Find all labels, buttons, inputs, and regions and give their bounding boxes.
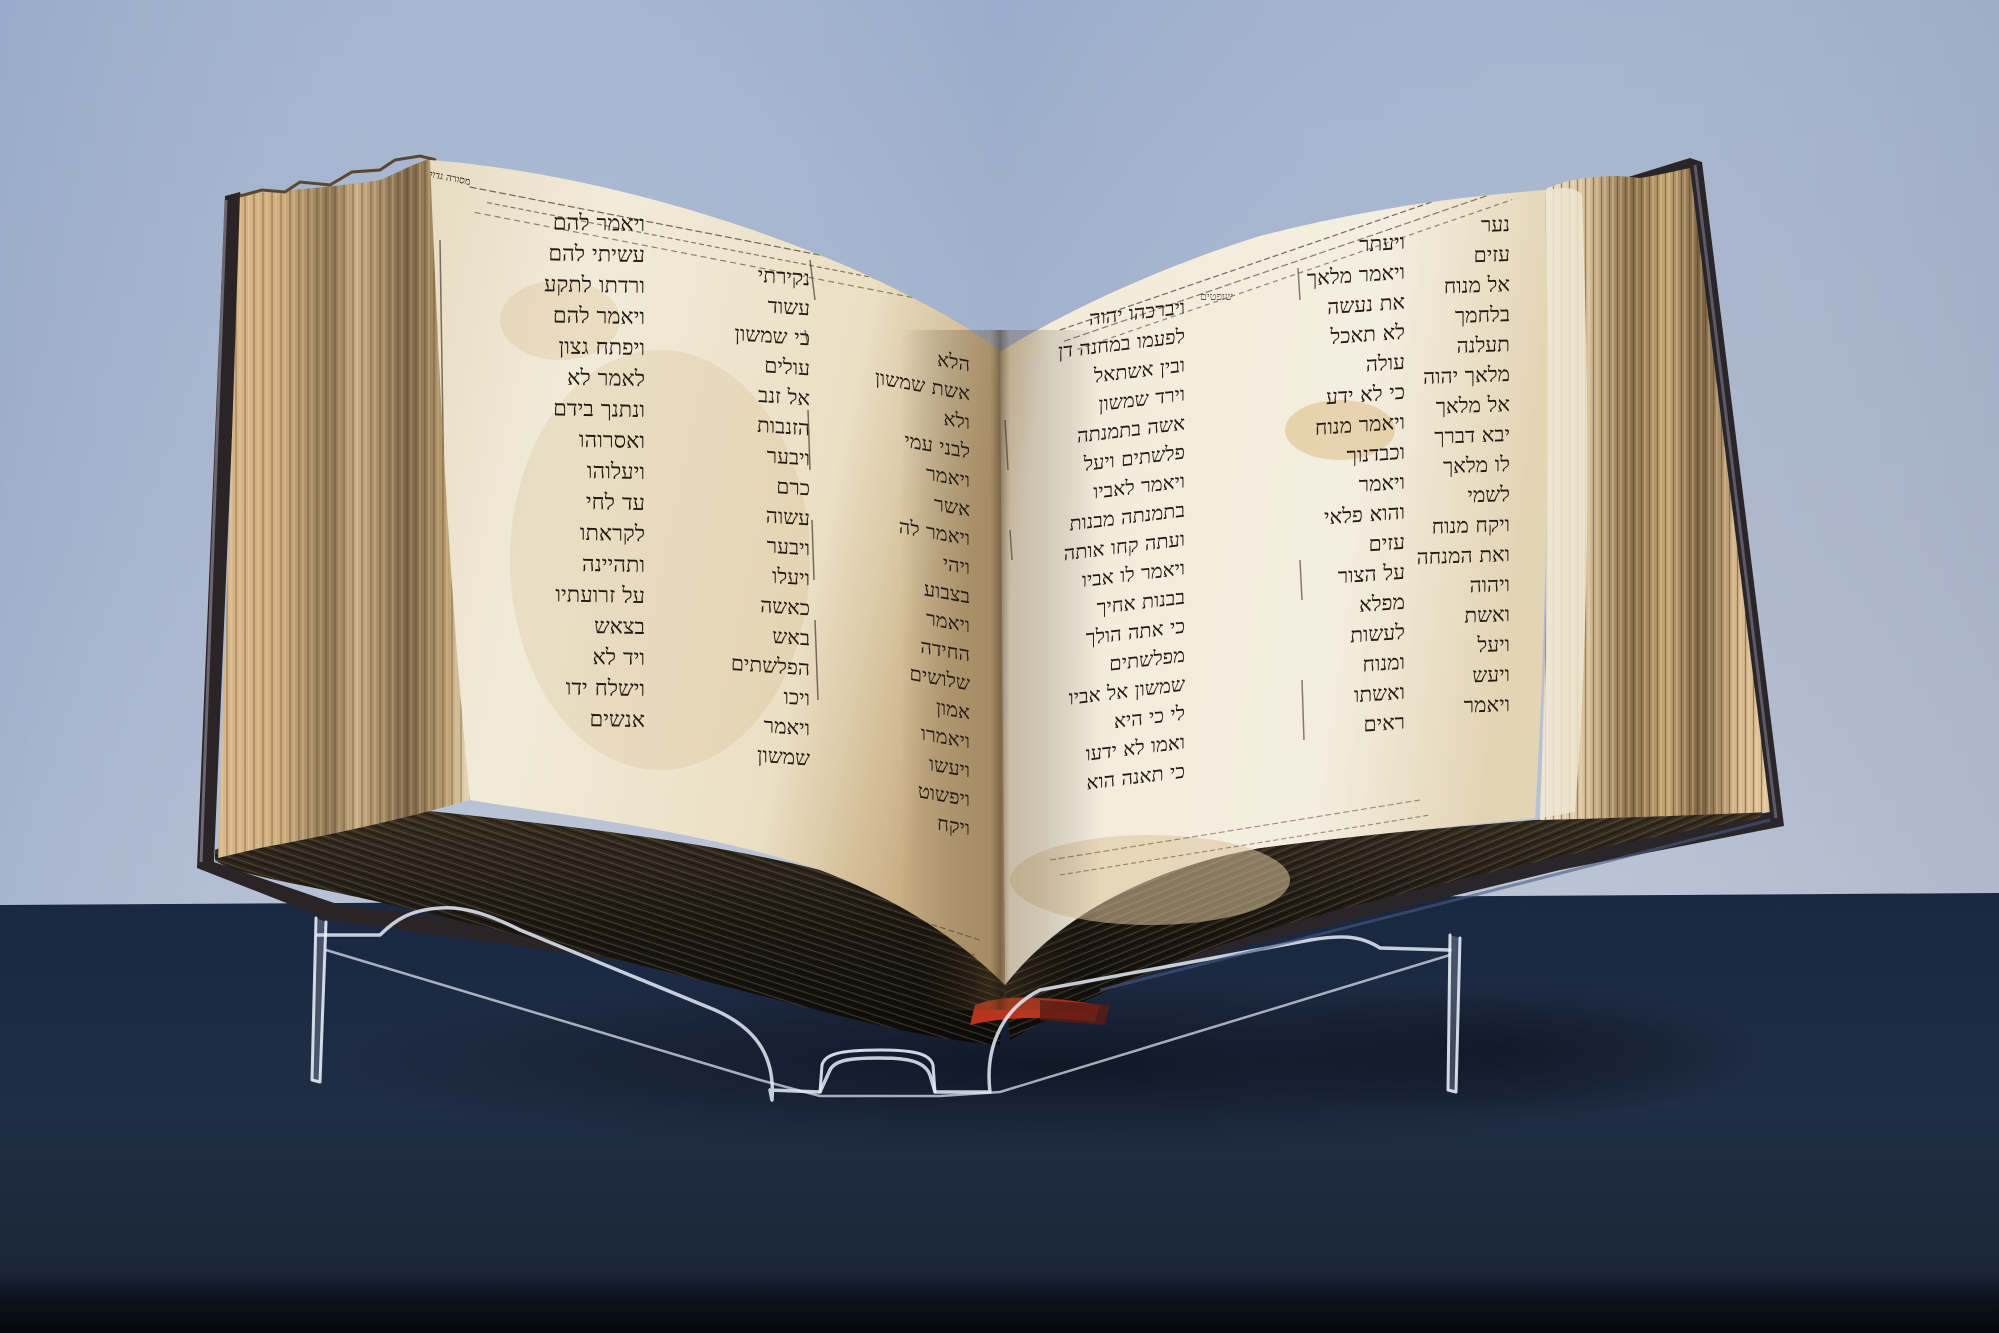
text-line: עשוד (768, 293, 810, 321)
text-line: עד לחי (586, 490, 645, 516)
text-line: ויאמר להם (553, 303, 645, 330)
text-line: ויעלו (772, 563, 810, 591)
text-line: ויעש (1472, 662, 1510, 687)
text-line: לקראתו (580, 521, 645, 547)
text-line: אל זנב (758, 382, 810, 411)
text-line: ויעל (1476, 632, 1510, 657)
text-line: כי שמשון (735, 320, 810, 350)
text-line: באש (772, 623, 810, 651)
text-line: ראים (1363, 709, 1405, 737)
text-line: עזים (1369, 529, 1405, 557)
text-line: ונתנך בידם (553, 396, 645, 423)
text-line: אל מלאך (1436, 392, 1510, 419)
text-line: אל מנוח (1444, 272, 1510, 298)
text-line: ויהוה (1470, 572, 1510, 597)
text-line: בלחמך (1455, 302, 1510, 328)
photo-scene: מסורה גדולה ויאמר להם עשיתי להם ורדתו לת… (0, 0, 1999, 1333)
text-line: עזים (1474, 242, 1510, 267)
text-line: עולים (764, 352, 810, 380)
text-line: לשמי (1467, 482, 1510, 507)
text-line: שמשון (757, 742, 810, 771)
text-line: לא תאכל (1329, 319, 1405, 349)
text-line: ורדתו לתקע (544, 272, 645, 299)
text-line: וישלח ידו (566, 676, 645, 702)
text-line: תעלנה (1457, 332, 1510, 358)
text-line: ויכו (783, 684, 810, 711)
text-line: ותהיינה (582, 552, 645, 578)
text-line: ואסרוהו (579, 428, 645, 454)
text-line: וכבדנוך (1347, 439, 1405, 468)
text-line: נקירתי (758, 262, 810, 291)
text-line: ויד לא (593, 645, 645, 671)
text-line: ויעתר (1359, 229, 1405, 257)
text-line: ויאמר (1359, 469, 1405, 497)
text-line: ויבער (767, 532, 810, 560)
text-line: ויקח מנוח (1432, 512, 1510, 539)
text-line: עשיתי להם (548, 241, 645, 268)
text-line: ויעלוהו (587, 459, 645, 485)
text-line: ומנוח (1363, 649, 1405, 677)
text-line: כאשה (760, 592, 810, 620)
text-line: על זרועתיו (555, 582, 645, 609)
stand-shadow (1240, 980, 1760, 1120)
text-line: אנשים (590, 707, 645, 733)
text-line: מלאך יהוה (1423, 362, 1510, 389)
text-line: ויהי (943, 551, 970, 580)
text-line: כרם (776, 473, 810, 500)
text-line: נער (1481, 212, 1510, 237)
text-line: הזנבות (757, 412, 810, 441)
text-line: ויפתח גצון (559, 335, 645, 362)
text-line: ויאמר להם (553, 210, 645, 237)
text-line: ויאמר (764, 712, 810, 740)
text-line: ולא (944, 406, 970, 434)
left-page-stack-lines (218, 158, 470, 858)
text-line: בצאש (594, 614, 645, 640)
text-line: ואשת (1464, 602, 1510, 628)
text-line: לאמר לא (567, 366, 645, 392)
text-line: עולה (1366, 349, 1405, 377)
text-line: ואת המנחה (1417, 542, 1510, 569)
text-line: מפלא (1359, 589, 1405, 617)
book-running-title: שופטים (1200, 290, 1233, 303)
text-line: ואשתו (1354, 679, 1405, 708)
text-line: יבא דברך (1434, 422, 1510, 449)
text-line: לעשות (1350, 619, 1405, 648)
text-line: ויאמר (1464, 692, 1510, 718)
text-line: ויבער (767, 442, 810, 470)
text-line: על הצור (1338, 559, 1405, 589)
text-line: עשוה (766, 502, 810, 530)
text-line: לו מלאך (1443, 452, 1510, 478)
